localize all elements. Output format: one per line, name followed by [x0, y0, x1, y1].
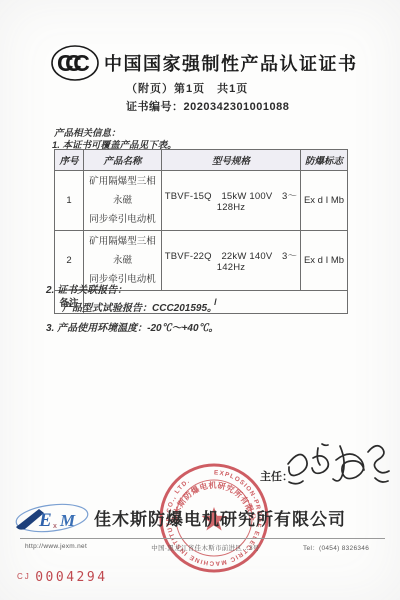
cell-ex-mark: Ex d I Mb — [301, 171, 348, 231]
ccc-logo-letters: CCC — [57, 50, 89, 76]
col-header-mark: 防爆标志 — [301, 150, 348, 171]
certificate-number: 证书编号：2020342301001088 — [126, 98, 289, 114]
footer-website: http://www.jexm.net — [25, 543, 87, 550]
serial-number: CJ 0004294 — [17, 568, 108, 586]
footer-telephone: Tel：(0454) 8326346 — [303, 543, 369, 552]
cell-product-name: 矿用隔爆型三相永磁 同步牵引电动机 — [84, 171, 162, 231]
item-temperature: 3. 产品使用环境温度：-20℃～+40℃。 — [46, 319, 219, 334]
footer-divider — [20, 538, 385, 539]
cell-model: TBVF-15Q 15kW 100V 3～128Hz — [162, 171, 301, 231]
page-info: （附页）第1页 共1页 — [126, 80, 248, 96]
footer-address: 中国·黑龙江省佳木斯市前进区…3号 — [138, 543, 273, 552]
certificate-page: CCC 中国国家强制性产品认证证书 （附页）第1页 共1页 证书编号：20203… — [0, 0, 400, 600]
col-header-no: 序号 — [55, 150, 84, 171]
director-signature — [282, 438, 394, 496]
cell-ex-mark: Ex d I Mb — [301, 231, 348, 291]
company-name: 佳木斯防爆电机研究所有限公司 — [94, 505, 346, 530]
cell-no: 1 — [55, 171, 84, 231]
col-header-model: 型号规格 — [162, 150, 301, 171]
ccc-logo: CCC — [50, 44, 100, 82]
item-report-title: 2. 证书关联报告： — [46, 281, 127, 296]
svg-text:E: E — [38, 510, 52, 531]
svg-text:x: x — [53, 523, 57, 530]
item-report-body: 产品型式试验报告：CCC201595。 — [62, 299, 217, 314]
cell-model: TBVF-22Q 22kW 140V 3～142Hz — [162, 231, 301, 291]
jem-logo: E x M — [12, 500, 94, 540]
product-name-line2: 同步牵引电动机 — [86, 210, 159, 229]
serial-prefix: CJ — [17, 572, 31, 581]
product-name-line1: 矿用隔爆型三相永磁 — [86, 232, 159, 270]
svg-text:M: M — [59, 511, 76, 530]
certificate-title: 中国国家强制性产品认证证书 — [104, 50, 384, 76]
product-name-line1: 矿用隔爆型三相永磁 — [86, 172, 159, 210]
table-row: 1 矿用隔爆型三相永磁 同步牵引电动机 TBVF-15Q 15kW 100V 3… — [55, 171, 348, 231]
col-header-name: 产品名称 — [84, 150, 162, 171]
table-header-row: 序号 产品名称 型号规格 防爆标志 — [55, 150, 348, 171]
serial-digits: 0004294 — [35, 570, 107, 585]
